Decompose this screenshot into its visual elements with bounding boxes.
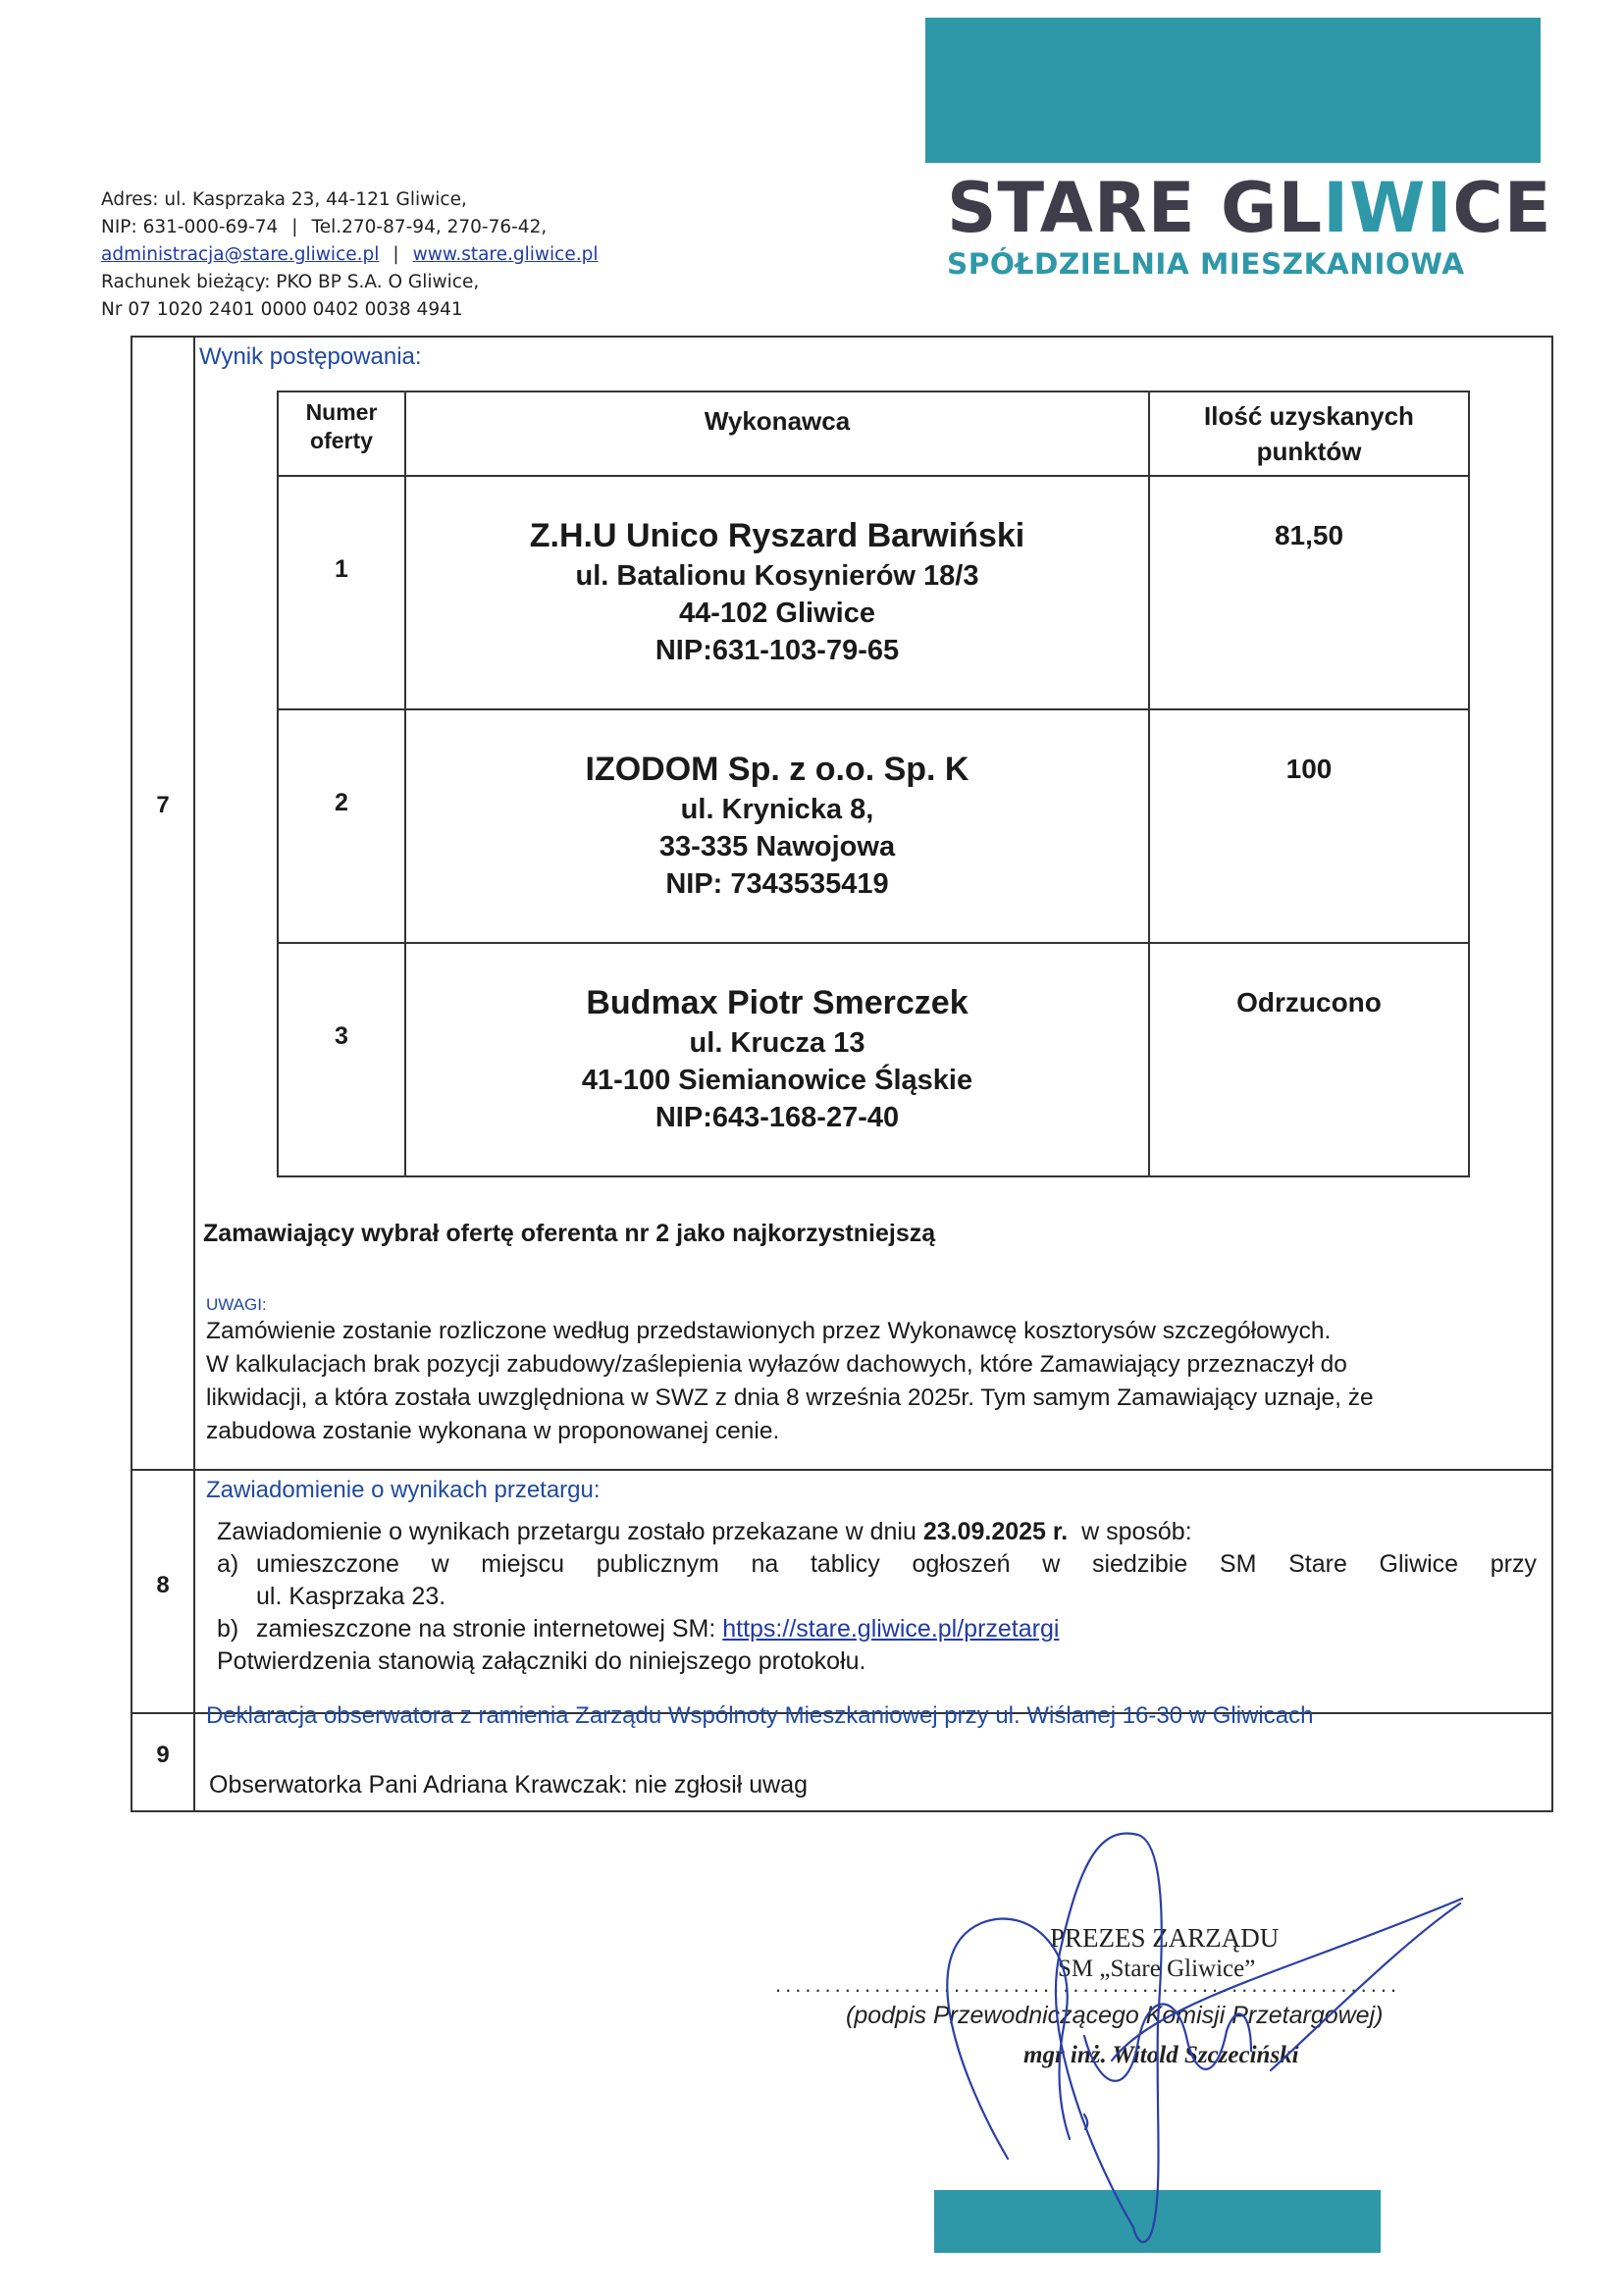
website-link[interactable]: www.stare.gliwice.pl xyxy=(413,244,599,265)
contractor-nip: NIP: 7343535419 xyxy=(407,865,1147,903)
section-number-8: 8 xyxy=(133,1572,192,1599)
contact-line: administracja@stare.gliwice.pl|www.stare… xyxy=(101,241,599,269)
contractor-cell: IZODOM Sp. z o.o. Sp. K ul. Krynicka 8, … xyxy=(405,709,1149,943)
notification-date: 23.09.2025 r. xyxy=(923,1518,1068,1545)
separator: | xyxy=(291,217,297,237)
table-row: 2 IZODOM Sp. z o.o. Sp. K ul. Krynicka 8… xyxy=(278,709,1469,943)
section-9-title: Deklaracja obserwatora z ramienia Zarząd… xyxy=(206,1702,1313,1730)
item-b-text: zamieszczone na stronie internetowej SM: xyxy=(256,1615,722,1643)
contractor-cell: Budmax Piotr Smerczek ul. Krucza 13 41-1… xyxy=(405,943,1149,1176)
observer-statement: Obserwatorka Pani Adriana Krawczak: nie … xyxy=(209,1771,808,1800)
notification-intro: Zawiadomienie o wynikach przetargu zosta… xyxy=(217,1516,1537,1548)
remarks-line: zabudowa zostanie wykonana w proponowane… xyxy=(206,1415,1541,1448)
section-number-9: 9 xyxy=(133,1742,192,1769)
chosen-offer-statement: Zamawiający wybrał ofertę oferenta nr 2 … xyxy=(203,1220,935,1248)
company-nip: NIP: 631-000-69-74 xyxy=(101,217,278,237)
logo-title-part: STARE GL xyxy=(947,168,1323,248)
row-divider xyxy=(131,1469,1553,1471)
offer-number: 3 xyxy=(278,943,405,1176)
confirmation-text: Potwierdzenia stanowią załączniki do nin… xyxy=(217,1645,1537,1678)
bank-line: Rachunek bieżący: PKO BP S.A. O Gliwice, xyxy=(101,269,599,296)
section-8-title: Zawiadomienie o wynikach przetargu: xyxy=(206,1477,601,1504)
contractor-city: 41-100 Siemianowice Śląskie xyxy=(407,1062,1147,1099)
table-row: 3 Budmax Piotr Smerczek ul. Krucza 13 41… xyxy=(278,943,1469,1176)
tenders-link[interactable]: https://stare.gliwice.pl/przetargi xyxy=(722,1615,1059,1643)
nip-phone-line: NIP: 631-000-69-74|Tel.270-87-94, 270-76… xyxy=(101,214,599,241)
header-offer-number: Numer oferty xyxy=(278,391,405,476)
contractor-street: ul. Batalionu Kosynierów 18/3 xyxy=(407,557,1147,595)
address-block: Adres: ul. Kasprzaka 23, 44-121 Gliwice,… xyxy=(101,186,599,324)
contractor-city: 44-102 Gliwice xyxy=(407,595,1147,632)
contractor-street: ul. Krucza 13 xyxy=(407,1024,1147,1062)
contractor-name: Z.H.U Unico Ryszard Barwiński xyxy=(407,514,1147,557)
item-a-line: umieszczone w miejscu publicznym na tabl… xyxy=(256,1548,1537,1581)
remarks-label: UWAGI: xyxy=(206,1295,267,1315)
contractor-street: ul. Krynicka 8, xyxy=(407,791,1147,828)
notification-intro-text: w sposób: xyxy=(1068,1518,1191,1545)
header-contractor: Wykonawca xyxy=(405,391,1149,476)
table-row: 1 Z.H.U Unico Ryszard Barwiński ul. Bata… xyxy=(278,476,1469,709)
header-points: Ilość uzyskanych punktów xyxy=(1149,391,1469,476)
logo-title: STARE GLIWICE xyxy=(947,169,1552,247)
logo-title-part: CE xyxy=(1452,168,1551,248)
address-line: Adres: ul. Kasprzaka 23, 44-121 Gliwice, xyxy=(101,186,599,214)
bank-account-number: Nr 07 1020 2401 0000 0402 0038 4941 xyxy=(101,296,599,324)
section-number-7: 7 xyxy=(133,792,192,819)
item-a-line: ul. Kasprzaka 23. xyxy=(256,1581,1537,1613)
logo-accent-letters: IWI xyxy=(1323,168,1452,248)
contractor-nip: NIP:631-103-79-65 xyxy=(407,632,1147,669)
offer-points: Odrzucono xyxy=(1149,943,1469,1176)
offer-number: 1 xyxy=(278,476,405,709)
remarks-line: Zamówienie zostanie rozliczone według pr… xyxy=(206,1315,1541,1348)
offer-number: 2 xyxy=(278,709,405,943)
contractor-name: IZODOM Sp. z o.o. Sp. K xyxy=(407,748,1147,791)
remarks-text: Zamówienie zostanie rozliczone według pr… xyxy=(206,1315,1541,1448)
signature-caption: (podpis Przewodniczącego Komisji Przetar… xyxy=(846,2002,1383,2030)
number-column-divider xyxy=(193,336,195,1812)
notification-intro-text: Zawiadomienie o wynikach przetargu zosta… xyxy=(217,1518,923,1545)
section-7-title: Wynik postępowania: xyxy=(199,343,422,371)
offers-table: Numer oferty Wykonawca Ilość uzyskanych … xyxy=(277,391,1470,1177)
remarks-line: likwidacji, a która została uwzględniona… xyxy=(206,1382,1541,1415)
notification-item-a: a) umieszczone w miejscu publicznym na t… xyxy=(217,1548,1537,1613)
item-label: b) xyxy=(217,1613,256,1645)
header-brand-bar xyxy=(925,18,1541,163)
offer-points: 81,50 xyxy=(1149,476,1469,709)
notification-details: Zawiadomienie o wynikach przetargu zosta… xyxy=(217,1516,1537,1678)
stamp-title: PREZES ZARZĄDU xyxy=(1050,1923,1279,1954)
contractor-city: 33-335 Nawojowa xyxy=(407,828,1147,865)
contractor-nip: NIP:643-168-27-40 xyxy=(407,1099,1147,1136)
offers-table-header: Numer oferty Wykonawca Ilość uzyskanych … xyxy=(278,391,1469,476)
separator: | xyxy=(393,244,398,265)
item-label: a) xyxy=(217,1548,256,1613)
email-link[interactable]: administracja@stare.gliwice.pl xyxy=(101,244,379,265)
notification-item-b: b) zamieszczone na stronie internetowej … xyxy=(217,1613,1537,1645)
signatory-name: mgr inż. Witold Szczeciński xyxy=(1023,2042,1299,2069)
phone-numbers: Tel.270-87-94, 270-76-42, xyxy=(312,217,548,237)
logo-subtitle: SPÓŁDZIELNIA MIESZKANIOWA xyxy=(947,247,1465,281)
stamp-organization: SM „Stare Gliwice” xyxy=(1058,1956,1255,1983)
offer-points: 100 xyxy=(1149,709,1469,943)
remarks-line: W kalkulacjach brak pozycji zabudowy/zaś… xyxy=(206,1348,1541,1382)
footer-brand-bar xyxy=(934,2190,1381,2253)
contractor-name: Budmax Piotr Smerczek xyxy=(407,981,1147,1024)
contractor-cell: Z.H.U Unico Ryszard Barwiński ul. Batali… xyxy=(405,476,1149,709)
